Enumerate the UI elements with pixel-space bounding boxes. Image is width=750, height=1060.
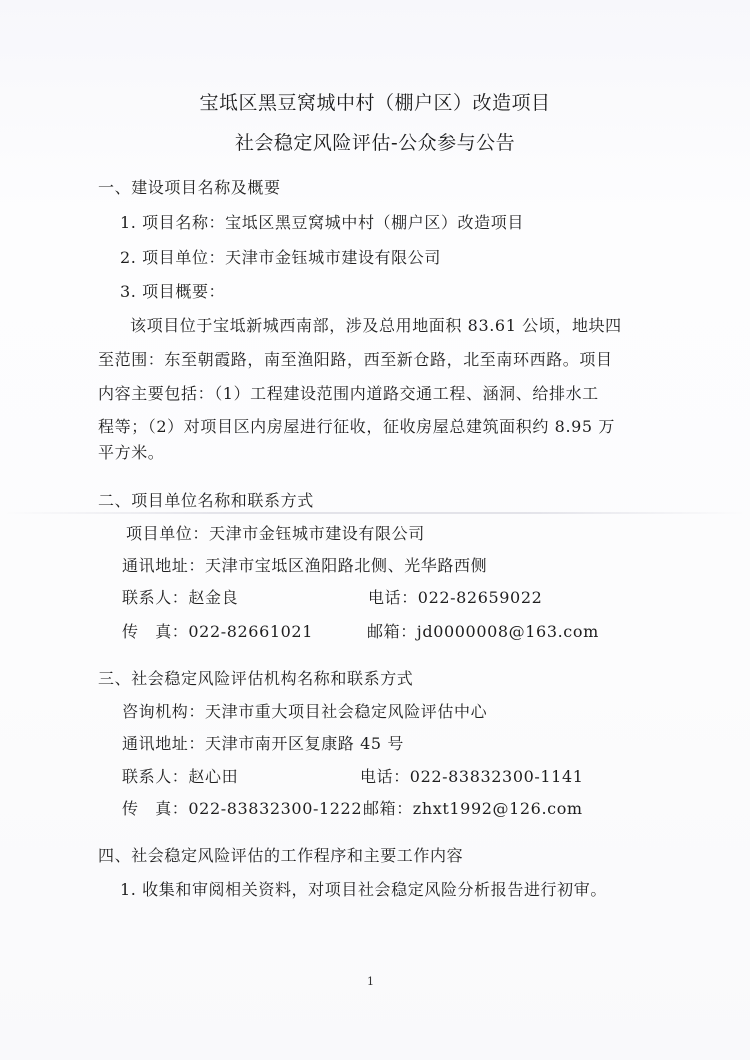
project-unit: 项目单位：天津市金钰城市建设有限公司 [126, 521, 425, 544]
agency-address: 通讯地址：天津市南开区复康路 45 号 [122, 731, 404, 754]
overview-paragraph-line: 内容主要包括：（1）工程建设范围内道路交通工程、涵洞、给排水工 [98, 381, 599, 404]
agency-fax: 传 真：022-83832300-1222 [122, 796, 362, 819]
paper-fold-line [0, 512, 750, 514]
section1-item-name: 1. 项目名称：宝坻区黑豆窝城中村（棚户区）改造项目 [120, 210, 524, 233]
section1-item-unit: 2. 项目单位：天津市金钰城市建设有限公司 [120, 245, 441, 268]
project-phone: 电话：022-82659022 [368, 585, 542, 608]
section4-heading: 四、社会稳定风险评估的工作程序和主要工作内容 [98, 843, 463, 866]
section4-item-1: 1. 收集和审阅相关资料，对项目社会稳定风险分析报告进行初审。 [120, 877, 607, 900]
section3-heading: 三、社会稳定风险评估机构名称和联系方式 [98, 666, 413, 689]
section1-heading: 一、建设项目名称及概要 [98, 175, 281, 198]
scanned-page: 宝坻区黑豆窝城中村（棚户区）改造项目 社会稳定风险评估-公众参与公告 一、建设项… [0, 0, 750, 1060]
document-title: 宝坻区黑豆窝城中村（棚户区）改造项目 [0, 88, 750, 115]
overview-paragraph-line: 至范围：东至朝霞路，南至渔阳路，西至新仓路，北至南环西路。项目 [98, 347, 613, 370]
section1-item-overview: 3. 项目概要： [120, 279, 225, 302]
project-fax: 传 真：022-82661021 [122, 619, 313, 642]
agency-contact-person: 联系人：赵心田 [122, 764, 238, 787]
assessment-agency: 咨询机构：天津市重大项目社会稳定风险评估中心 [122, 699, 487, 722]
document-subtitle: 社会稳定风险评估-公众参与公告 [0, 128, 750, 155]
project-email: 邮箱：jd0000008@163.com [367, 619, 599, 642]
project-contact-person: 联系人：赵金良 [122, 585, 238, 608]
agency-phone: 电话：022-83832300-1141 [360, 764, 584, 787]
overview-paragraph-line: 该项目位于宝坻新城西南部，涉及总用地面积 83.61 公顷，地块四 [130, 313, 622, 336]
project-address: 通讯地址：天津市宝坻区渔阳路北侧、光华路西侧 [122, 553, 487, 576]
overview-paragraph-line: 程等；（2）对项目区内房屋进行征收，征收房屋总建筑面积约 8.95 万 [98, 414, 615, 437]
page-number: 1 [367, 975, 374, 988]
section2-heading: 二、项目单位名称和联系方式 [98, 488, 314, 511]
agency-email: 邮箱：zhxt1992@126.com [363, 796, 583, 819]
overview-paragraph-line: 平方米。 [98, 440, 164, 463]
